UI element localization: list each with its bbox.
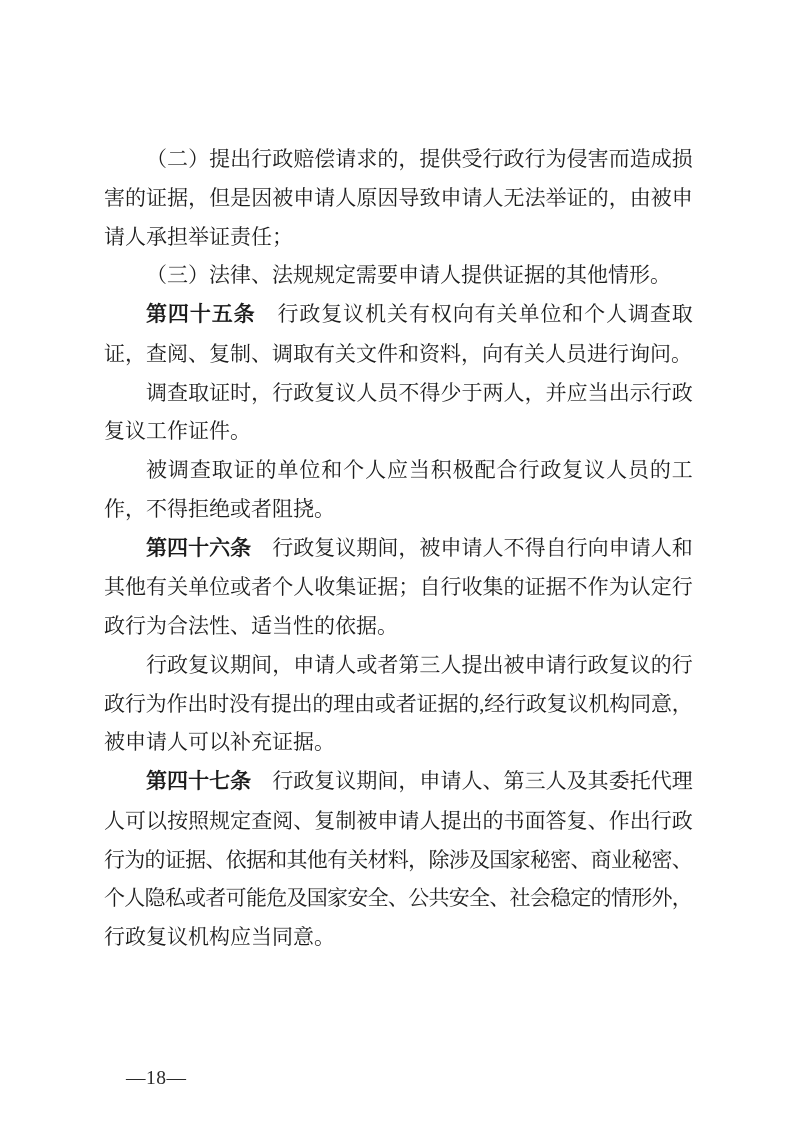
text-line: 请人承担举证责任； bbox=[104, 218, 692, 257]
document-body: （二）提出行政赔偿请求的，提供受行政行为侵害而造成损 害的证据，但是因被申请人原… bbox=[104, 140, 692, 957]
article-number: 第四十七条 bbox=[146, 770, 251, 793]
article-text: 行政复议期间，被申请人不得自行向申请人和 bbox=[251, 536, 692, 560]
text-line: 作，不得拒绝或者阻挠。 bbox=[104, 490, 692, 529]
article-number: 第四十六条 bbox=[146, 537, 251, 560]
text-line: 行政复议机构应当同意。 bbox=[104, 918, 692, 957]
text-line: 个人隐私或者可能危及国家安全、公共安全、社会稳定的情形外， bbox=[104, 879, 692, 918]
text-line: 复议工作证件。 bbox=[104, 412, 692, 451]
text-line: 调查取证时，行政复议人员不得少于两人，并应当出示行政 bbox=[104, 374, 692, 413]
text-line: 人可以按照规定查阅、复制被申请人提出的书面答复、作出行政 bbox=[104, 802, 692, 841]
text-line: 行政复议期间，申请人或者第三人提出被申请行政复议的行 bbox=[104, 646, 692, 685]
text-line: 害的证据，但是因被申请人原因导致申请人无法举证的，由被申 bbox=[104, 179, 692, 218]
text-line: 被申请人可以补充证据。 bbox=[104, 723, 692, 762]
text-line: 政行为合法性、适当性的依据。 bbox=[104, 607, 692, 646]
article-number: 第四十五条 bbox=[146, 303, 256, 326]
page-number: —18— bbox=[126, 1068, 187, 1090]
article-text: 行政复议机关有权向有关单位和个人调查取 bbox=[256, 302, 692, 326]
text-line: 第四十七条 行政复议期间，申请人、第三人及其委托代理 bbox=[104, 762, 692, 802]
text-line: 政行为作出时没有提出的理由或者证据的,经行政复议机构同意， bbox=[104, 685, 692, 724]
text-line: （二）提出行政赔偿请求的，提供受行政行为侵害而造成损 bbox=[104, 140, 692, 179]
text-line: （三）法律、法规规定需要申请人提供证据的其他情形。 bbox=[104, 256, 692, 295]
text-line: 证，查阅、复制、调取有关文件和资料，向有关人员进行询问。 bbox=[104, 335, 692, 374]
text-line: 被调查取证的单位和个人应当积极配合行政复议人员的工 bbox=[104, 451, 692, 490]
text-line: 其他有关单位或者个人收集证据；自行收集的证据不作为认定行 bbox=[104, 568, 692, 607]
article-text: 行政复议期间，申请人、第三人及其委托代理 bbox=[251, 769, 692, 793]
text-line: 第四十五条 行政复议机关有权向有关单位和个人调查取 bbox=[104, 295, 692, 335]
text-line: 第四十六条 行政复议期间，被申请人不得自行向申请人和 bbox=[104, 529, 692, 569]
text-line: 行为的证据、依据和其他有关材料，除涉及国家秘密、商业秘密、 bbox=[104, 841, 692, 880]
document-page: （二）提出行政赔偿请求的，提供受行政行为侵害而造成损 害的证据，但是因被申请人原… bbox=[0, 0, 793, 1122]
